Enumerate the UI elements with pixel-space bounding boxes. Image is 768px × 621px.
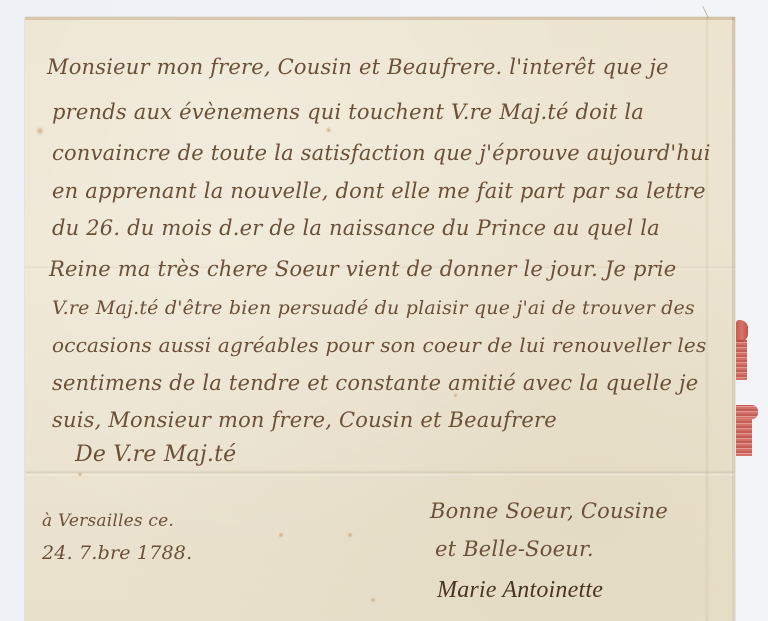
letter-line-4: en apprenant la nouvelle, dont elle me f… <box>52 179 706 203</box>
paper-right-edge <box>732 17 735 621</box>
foxing-spot <box>35 127 45 135</box>
letter-line-7: V.re Maj.té d'être bien persuadé du plai… <box>52 297 695 319</box>
letter-line-8: occasions aussi agréables pour son coeur… <box>52 333 706 357</box>
place-text: à Versailles ce. <box>42 511 174 531</box>
foxing-spot <box>77 472 83 477</box>
foxing-spot <box>278 532 284 538</box>
vertical-crease <box>705 17 709 621</box>
letter-line-10: suis, Monsieur mon frere, Cousin et Beau… <box>52 408 557 432</box>
foxing-spot <box>325 127 332 133</box>
red-ribbon-fringe <box>736 405 758 419</box>
red-ribbon-fringe <box>736 418 752 456</box>
signature-block-line-2: et Belle-Soeur. <box>435 537 594 561</box>
letter-line-9: sentimens de la tendre et constante amit… <box>52 371 698 395</box>
letter-line-6: Reine ma très chere Soeur vient de donne… <box>49 257 676 281</box>
red-ribbon-knot <box>736 320 748 342</box>
signature: Marie Antoinette <box>437 577 603 604</box>
horizontal-fold-line <box>25 470 735 476</box>
foxing-spot <box>347 532 353 538</box>
paper-sheet: Monsieur mon frere, Cousin et Beaufrere.… <box>25 17 735 621</box>
red-ribbon-fringe <box>736 340 747 380</box>
letter-closing: De V.re Maj.té <box>75 442 236 467</box>
scanned-letter: Monsieur mon frere, Cousin et Beaufrere.… <box>0 0 768 621</box>
signature-block-line-1: Bonne Soeur, Cousine <box>430 499 668 523</box>
letter-line-5: du 26. du mois d.er de la naissance du P… <box>52 216 660 240</box>
foxing-spot <box>370 597 376 603</box>
letter-line-2: prends aux évènemens qui touchent V.re M… <box>52 100 644 124</box>
date-text: 24. 7.bre 1788. <box>42 542 192 564</box>
letter-line-1: Monsieur mon frere, Cousin et Beaufrere.… <box>47 55 669 79</box>
letter-line-3: convaincre de toute la satisfaction que … <box>52 141 711 165</box>
paper-top-edge <box>25 17 735 20</box>
